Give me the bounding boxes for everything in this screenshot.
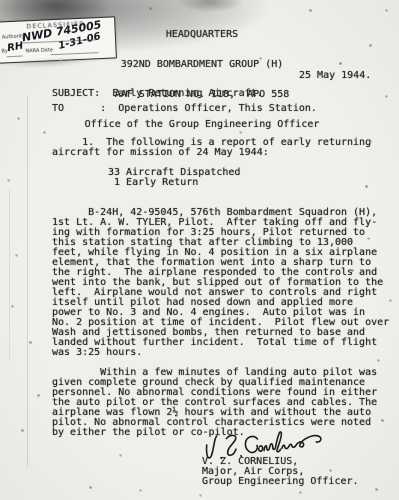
report-intro-paragraph: 1. The following is a report of early re… <box>52 138 371 158</box>
scanned-memo-page: HEADQUARTERS 392ND BOMBARDMENT GROUP (H)… <box>0 0 399 500</box>
stamp-form-line <box>7 56 23 58</box>
subject-line: SUBJECT: Early Returning Aircraft. <box>52 89 263 99</box>
scan-dust-specks <box>0 0 1 1</box>
scan-fold-line <box>27 95 28 467</box>
typed-signature-block: V. Z. CORNELIUS, Major, Air Corps, Group… <box>202 457 359 487</box>
dispatch-summary-list: 33 Aircraft Dispatched 1 Early Return <box>108 168 240 188</box>
scan-fold-line <box>9 190 10 360</box>
stamp-nara-date-label: NARA Date <box>25 47 53 54</box>
incident-report-paragraph: B-24H, 42-95045, 576th Bombardment Squad… <box>52 208 389 358</box>
document-date: 25 May 1944. <box>299 71 371 81</box>
to-line: TO : Operations Officer, This Station. <box>52 104 317 114</box>
letterhead-office: Office of the Group Engineering Officer <box>5 120 399 130</box>
